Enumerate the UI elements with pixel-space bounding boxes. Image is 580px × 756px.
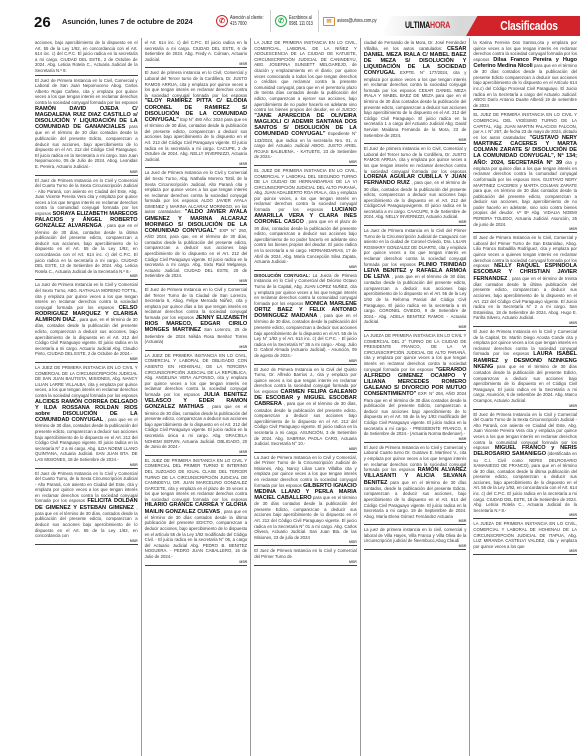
whatsapp-icon: ✆ [275,15,287,27]
email-address: avisos@uhora.com.py [337,18,377,24]
notice-code: MSR [364,519,467,523]
notice-code: MSR [145,345,248,349]
legal-notice: El Juez de Primera Instancia en lo Civil… [254,546,357,565]
notice-tail: , para que en el término de 30 días, con… [145,404,248,449]
legal-notice: acciones, bajo apercibimiento de lo disp… [35,38,138,76]
notice-code: MSR [473,404,577,408]
notice-body: EL JUEZ DE PRIMERA INSTANCIA EN LO CIVIL… [254,168,357,212]
notice-tail: , para que en el plazo de 30 días, conta… [254,219,357,264]
legal-notice: EL JUEZ DE PRIMERA INSTANCIA EN LO CIVIL… [145,456,248,566]
notice-code: MSR [35,463,138,467]
legal-notice: El Juez de primera instancia en lo Civil… [145,68,248,168]
notice-tail: EXPTE. N° 177/2024, cita y emplaza por q… [364,70,467,137]
notice-code: MSR [145,162,248,166]
column-3: LA JUEZ DE PRIMERA INSTANCIA EN LO CIVIL… [251,38,361,756]
contact-email: ✉ avisos@uhora.com.py [318,10,387,32]
legal-notice: El Juez de Primera Instancia en lo Civil… [254,365,357,453]
legal-notice: El Juez de Primera Instancia en lo Civil… [473,410,577,520]
notice-body: LA JUEZA DE PRIMERA INSTANCIA EN LO CIVI… [473,521,577,548]
notice-body: el Art. 614 inc. c) del C.P.C. El juicio… [145,40,248,62]
notice-code: MSR [35,170,138,174]
notice-tail: , para que en el término de 30 días, con… [364,274,467,324]
notice-code: MSR [364,325,467,329]
legal-notice: El Juez de Primera Instancia en lo Civil… [35,76,138,176]
notice-parties: RAMÓN DAVID OJEDA C/ MAGDALENA RUIZ DIAZ… [35,106,138,131]
notice-tail: para que en el término de 30 días contad… [364,480,467,519]
brand-logo: ULTIMAHORA [405,20,450,30]
notice-code: MSR [254,447,357,451]
legal-notice: La Juez de Primera Instancia en lo Civil… [145,168,248,285]
notice-tail: cita y emplaza por quince días a los que… [473,160,577,227]
notice-tail: para que en el término de 30 días contad… [473,364,577,403]
notice-code: MSR [364,544,467,548]
notice-code: MSR [254,160,357,164]
column-4: ciudad de Fernando de la Mora, Dr. José … [361,38,471,756]
notice-code: MSR [145,62,248,66]
contact-whatsapp: ✆ Escribinos al0981 111 013 [270,10,319,32]
legal-notice: la Karina Ferreira Dos Santos,cita y emp… [473,38,577,110]
notice-code: MSR [254,560,357,564]
notice-tail: para que en el término de 30 días contad… [473,63,577,108]
notice-tail: , para que, en el término de 30 días, co… [35,317,138,356]
notice-code: MSR [473,549,577,553]
notice-code: MSR [364,138,467,142]
legal-notice: El Juez de Primera Instancia en lo Civil… [473,233,577,327]
notice-code: MSR [254,359,357,363]
section-title: Clasificados [466,16,580,36]
column-2: el Art. 614 inc. c) del C.P.C. El juicio… [142,38,252,756]
column-5: la Karina Ferreira Dos Santos,cita y emp… [470,38,580,756]
notice-code: MSR [35,357,138,361]
legal-notice: ciudad de Fernando de la Mora, Dr. José … [364,38,467,144]
notice-code: MSR [364,220,467,224]
whatsapp-number: 0981 111 013 [289,21,313,27]
notice-code: MSR [473,321,577,325]
legal-notice: El Juez de Primera Instancia en lo Civil… [473,327,577,410]
notice-code: MSR [35,539,138,543]
notice-body: El Juez de Primera Instancia en lo Civil… [254,548,357,559]
notice-code: MSR [145,560,248,564]
legal-notice: El Juez de Primera Instancia en lo Civil… [35,469,138,545]
notice-body: El Juez de Primera Instancia en lo Civil… [35,78,138,105]
notice-body: LA JUEZ DE PRIMERA INSTANCIA EN LO CIVIL… [145,353,248,397]
notice-body: El Juez de primera instancia en lo Civil… [145,70,248,97]
notice-tail: , para que en el término de 30 días, con… [35,417,138,462]
notice-code: MSR [145,450,248,454]
notice-tail: , para que en el término de 30 días cont… [145,509,248,559]
legal-notice: LA JUEZ DE PRIMERA INSTANCIA EN LO CIVIL… [145,351,248,456]
notice-tail: para que en el término de 30 días contad… [254,495,357,540]
notice-tail: (identificada en su C.I. Civil como NERI… [473,451,577,513]
legal-notice: EL JUEZ DE PRIMERA INSTANCIA EN LO CIVIL… [254,166,357,271]
notice-body: acciones, bajo apercibimiento de lo disp… [35,40,138,73]
notice-tail: , para que en el término de 30 días, con… [254,401,357,446]
notice-code: MSR [364,437,467,441]
phone-number: 415 7000 [230,21,247,27]
notice-code: MSR [35,274,138,278]
notice-body: LA JUEZ DE PRIMERA INSTANCIA EN LO CIVIL… [254,40,357,112]
page-header: 26 Asunción, lunes 7 de octubre de 2024 … [0,0,580,34]
notice-code: MSR [145,279,248,283]
column-1: acciones, bajo apercibimiento de lo disp… [32,38,142,756]
legal-notice: El Juez de primera instancia en lo Civil… [364,144,467,226]
legal-notice: El Juez de Primera Instancia en lo Civil… [145,285,248,351]
notice-tail: , para que en el término de treinta días… [473,276,577,321]
legal-notice: El Juez de Primera Instancia en lo Civil… [35,176,138,281]
legal-notice: LA JUEZA DE PRIMERA INSTANCIA EN LO CIVI… [364,331,467,443]
notice-tail: , para que en el término de 30 días, con… [254,313,357,358]
notice-tail: , para que en el término de 30 días, con… [35,223,138,273]
notice-tail: , para que, en el término de 30 días, co… [364,180,467,219]
legal-notice: EL JUEZ DE PRIMERA INSTANCIA EN LO CIVIL… [473,110,577,233]
notice-body: El Juez de primera instancia en lo Civil… [364,146,467,173]
legal-notice: LA JUEZ DE PRIMERA INSTANCIA EN LO CIVIL… [254,38,357,166]
contact-phone: ✆ Atención al cliente:415 7000 [216,10,272,32]
legal-notice: La juez de primera instancia en lo civil… [364,525,467,550]
notice-tail: Exp N° 480 Año: 2024 para que en el térm… [145,117,248,162]
notice-tail: EXP. N° 294, AÑO 2024 Para que en el tér… [364,391,467,436]
notice-tail: EXP N° 250, AÑO 2024, para que, en el té… [145,228,248,278]
notice-code: MSR [473,227,577,231]
notice-tail: para que en el término de 30 días contad… [35,124,138,169]
legal-notice: La Juez de Primera Instancia en lo Civil… [35,280,138,363]
legal-notice: La Juez de Primera Instancia en lo Civil… [254,453,357,547]
notice-body: La juez de primera instancia en lo civil… [364,527,467,543]
notice-body: La Juez de Primera Instancia en lo Civil… [145,170,248,214]
legal-notice: LA JUEZ DE PRIMERA INSTANCIA EN LO CIVIL… [35,363,138,469]
notice-code: MSR [254,540,357,544]
envelope-icon: ✉ [323,17,335,26]
notice-body: LA JUEZ DE PRIMERA INSTANCIA EN LO CIVIL… [35,365,138,398]
page-date: Asunción, lunes 7 de octubre de 2024 [62,17,193,26]
legal-notice: La Juez de Primera Instancia en lo Civil… [364,226,467,331]
legal-notice: DISOLUCIÓN CONYUGAL: La Jueza de Primera… [254,271,357,365]
legal-notice: el Art. 614 inc. c) del C.P.C. El juicio… [145,38,248,68]
phone-icon: ✆ [216,15,228,27]
notice-body: EL JUEZ DE PRIMERA INSTANCIA EN LO CIVIL… [145,458,248,502]
page-number: 26 [34,14,51,31]
classifieds-columns: acciones, bajo apercibimiento de lo disp… [32,38,580,756]
legal-notice: LA JUEZA DE PRIMERA INSTANCIA EN LO CIVI… [473,519,577,555]
notice-code: MSR [473,513,577,517]
notice-code: MSR [254,265,357,269]
notice-lead: DISOLUCIÓN CONYUGAL: [254,273,310,278]
legal-notice: El Juez de Primera Instancia en lo Civil… [364,443,467,526]
